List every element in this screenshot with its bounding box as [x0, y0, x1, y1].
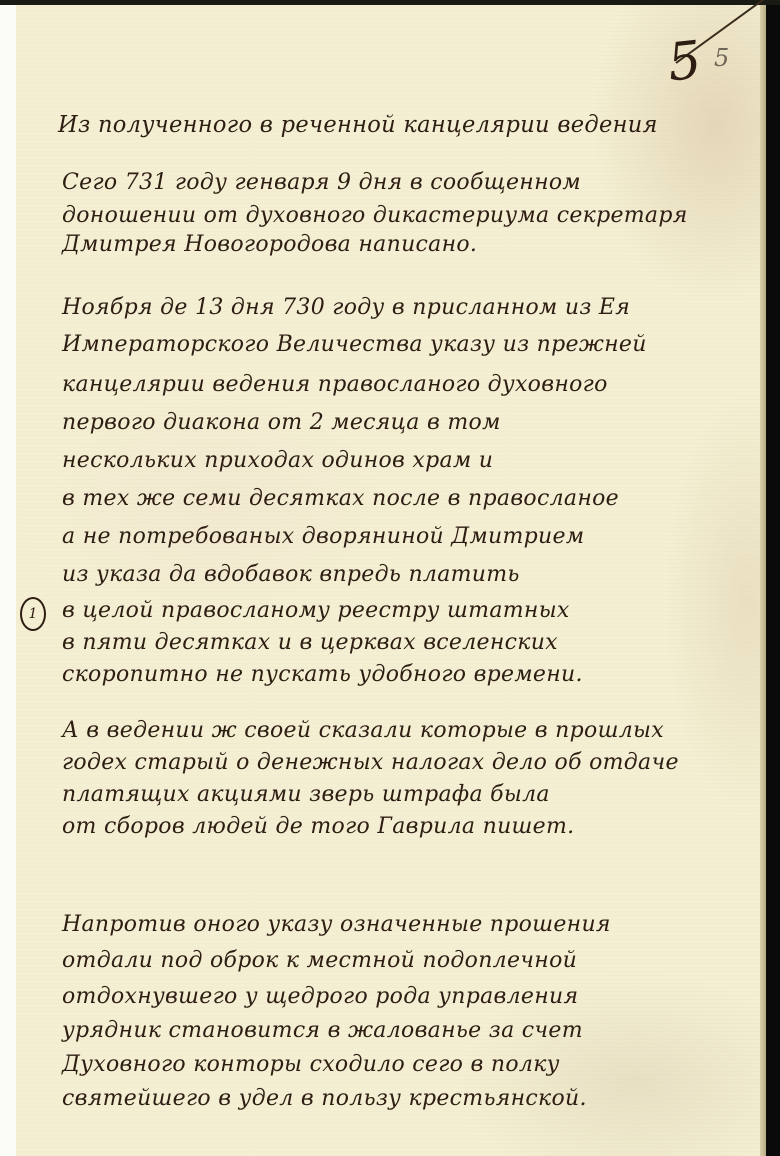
p2-line-10: в пяти десятках и в церквах вселенских — [62, 630, 558, 655]
p4-line-4: урядник становится в жалованье за счет — [62, 1018, 583, 1043]
p4-line-1: Напротив оного указу означенные прошения — [62, 912, 611, 937]
p3-line-1: А в ведении ж своей сказали которые в пр… — [62, 718, 664, 743]
p1-line-2: доношении от духовного дикастериума секр… — [62, 203, 688, 228]
p4-line-3: отдохнувшего у щедрого рода управления — [62, 984, 578, 1009]
scan-margin-top — [0, 0, 780, 5]
p4-line-2: отдали под оброк к местной подоплечной — [62, 948, 577, 973]
p3-line-2: годех старый о денежных налогах дело об … — [62, 750, 679, 775]
p3-line-4: от сборов людей де того Гаврила пишет. — [62, 814, 574, 839]
p2-line-2: Императорского Величества указу из прежн… — [62, 332, 647, 357]
p1-line-3: Дмитрея Новогородова написано. — [62, 232, 477, 257]
p2-line-8: из указа да вдобавок впредь платить — [62, 562, 520, 587]
p4-line-5: Духовного конторы сходило сего в полку — [62, 1052, 560, 1077]
scan-margin-left — [0, 0, 16, 1156]
manuscript-scan: 5 5 Из полученного в реченной канцелярии… — [0, 0, 780, 1156]
p2-line-1: Ноября де 13 дня 730 году в присланном и… — [62, 295, 630, 320]
heading: Из полученного в реченной канцелярии вед… — [58, 112, 658, 138]
paper-edge-right — [760, 0, 766, 1156]
p2-line-11: скоропитно не пускать удобного времени. — [62, 662, 583, 687]
p2-line-7: а не потребованых дворяниной Дмитрием — [62, 524, 584, 549]
margin-circled-mark: 1 — [20, 597, 46, 631]
folio-number-pencil: 5 — [714, 44, 729, 72]
p2-line-4: первого диакона от 2 месяца в том — [62, 410, 501, 435]
p2-line-9: в целой правосланому реестру штатных — [62, 598, 570, 623]
folio-number: 5 — [665, 30, 704, 93]
p4-line-6: святейшего в удел в пользу крестьянской. — [62, 1086, 587, 1111]
p2-line-3: канцелярии ведения правосланого духовног… — [62, 372, 608, 397]
p1-line-1: Сего 731 году генваря 9 дня в сообщенном — [62, 170, 581, 195]
p2-line-6: в тех же семи десятках после в правослан… — [62, 486, 619, 511]
p3-line-3: платящих акциями зверь штрафа была — [62, 782, 550, 807]
p2-line-5: нескольких приходах одинов храм и — [62, 448, 493, 473]
